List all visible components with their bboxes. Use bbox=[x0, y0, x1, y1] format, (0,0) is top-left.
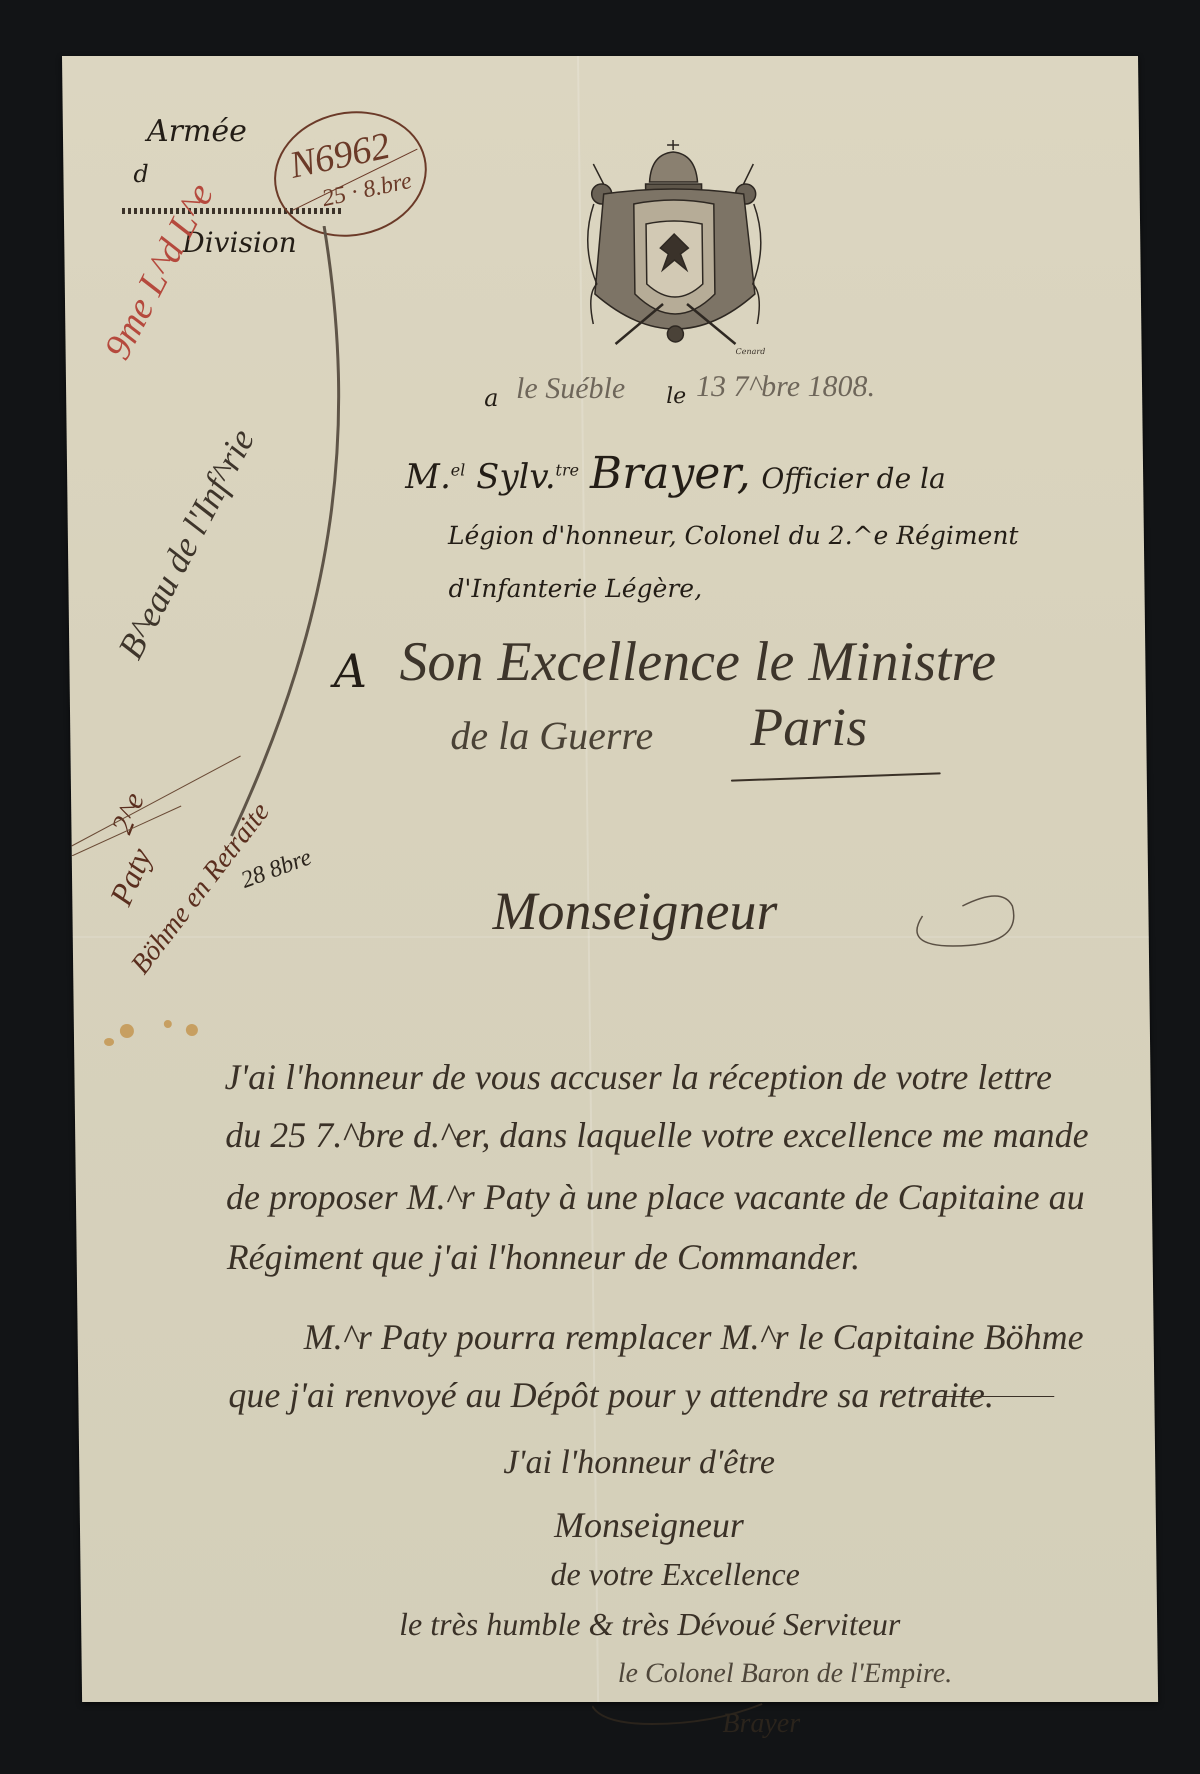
body-line-3: de proposer M.^r Paty à une place vacant… bbox=[226, 1176, 1085, 1218]
sender-name-prefix: M. bbox=[405, 457, 451, 497]
closing-line-2: Monseigneur bbox=[554, 1504, 744, 1546]
closing-line-3: de votre Excellence bbox=[550, 1556, 800, 1593]
foxing-stain bbox=[120, 1024, 134, 1038]
foxing-stain bbox=[164, 1020, 172, 1028]
imperial-coat-of-arms-icon: Cenard bbox=[573, 134, 776, 374]
recipient-city: Paris bbox=[750, 696, 868, 758]
letter-date: 13 7^bre 1808. bbox=[696, 370, 875, 404]
bohme-underline bbox=[934, 1396, 1054, 1397]
date-prefix: le bbox=[666, 384, 686, 409]
recipient-line-1: Son Excellence le Ministre bbox=[399, 630, 996, 694]
recipient-line-2: de la Guerre bbox=[450, 712, 653, 759]
body-line-1: J'ai l'honneur de vous accuser la récept… bbox=[224, 1056, 1052, 1098]
signature: Brayer bbox=[722, 1708, 800, 1740]
sender-title: Officier de la bbox=[761, 462, 946, 495]
armee-label: Armée bbox=[147, 114, 247, 149]
sender-line-3: d'Infanterie Légère, bbox=[448, 574, 702, 603]
letter-sheet: Armée d Division N6962 25 · 8.bre Cen bbox=[62, 56, 1158, 1702]
body-line-4: Régiment que j'ai l'honneur de Commander… bbox=[226, 1236, 860, 1278]
body-line-5: M.^r Paty pourra remplacer M.^r le Capit… bbox=[303, 1316, 1083, 1358]
red-margin-note: 9me L^d L^e bbox=[96, 176, 223, 367]
body-line-6: que j'ai renvoyé au Dépôt pour y attendr… bbox=[228, 1374, 994, 1416]
place-prefix: a bbox=[484, 384, 499, 412]
sender-last-name: Brayer, bbox=[590, 448, 751, 499]
sender-first-name: Sylv. bbox=[476, 457, 556, 497]
city-underline bbox=[731, 772, 941, 781]
salutation: Monseigneur bbox=[492, 880, 778, 942]
foxing-stain bbox=[186, 1024, 198, 1036]
recipient-prefix: A bbox=[333, 644, 367, 698]
sender-line-2: Légion d'honneur, Colonel du 2.^e Régime… bbox=[448, 521, 1019, 550]
foxing-stain bbox=[104, 1038, 114, 1046]
armee-prefix: d bbox=[133, 160, 149, 188]
sender-name-line: M.el Sylv.tre Brayer, Officier de la bbox=[405, 448, 946, 499]
closing-line-1: J'ai l'honneur d'être bbox=[503, 1444, 775, 1482]
closing-line-5: le Colonel Baron de l'Empire. bbox=[618, 1658, 953, 1690]
place-name: le Suéble bbox=[516, 372, 626, 406]
svg-text:Cenard: Cenard bbox=[736, 347, 766, 356]
body-line-2: du 25 7.^bre d.^er, dans laquelle votre … bbox=[225, 1114, 1089, 1156]
closing-line-4: le très humble & très Dévoué Serviteur bbox=[399, 1606, 901, 1643]
salutation-flourish bbox=[892, 886, 1033, 956]
strike-lines bbox=[70, 746, 271, 856]
